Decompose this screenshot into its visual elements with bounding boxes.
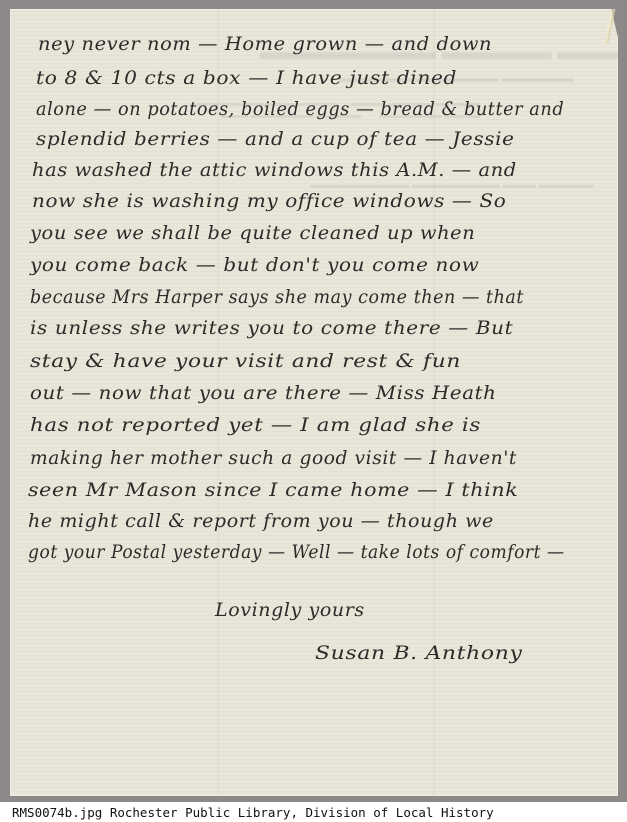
letter-line: has not reported yet — I am glad she is (30, 414, 481, 436)
letter-closing: Lovingly yours (215, 599, 365, 621)
scan-frame: ▬▬▬▬ ▬▬▬▬▬▬ ▬▬▬▬▬ ▬▬▬▬▬▬▬▬ ▬▬▬▬▬▬ ▬▬▬▬▬▬… (0, 0, 627, 802)
letter-line: got your Postal yesterday — Well — take … (28, 541, 565, 563)
letter-line: splendid berries — and a cup of tea — Je… (36, 128, 515, 150)
letter-line: making her mother such a good visit — I … (30, 447, 517, 469)
letter-line: you come back — but don't you come now (30, 254, 479, 276)
letter-line: ney never nom — Home grown — and down (38, 33, 492, 55)
letter-line: stay & have your visit and rest & fun (30, 350, 461, 372)
letter-signature: Susan B. Anthony (315, 642, 523, 664)
letter-line: out — now that you are there — Miss Heat… (30, 382, 497, 404)
letter-line: seen Mr Mason since I came home — I thin… (28, 479, 518, 501)
letter-line: to 8 & 10 cts a box — I have just dined (36, 67, 457, 89)
letter-line: because Mrs Harper says she may come the… (30, 286, 524, 308)
letter-line: you see we shall be quite cleaned up whe… (30, 222, 475, 244)
letter-line: has washed the attic windows this A.M. —… (32, 159, 517, 181)
letter-page: ▬▬▬▬ ▬▬▬▬▬▬ ▬▬▬▬▬ ▬▬▬▬▬▬▬▬ ▬▬▬▬▬▬ ▬▬▬▬▬▬… (10, 9, 618, 796)
letter-line: is unless she writes you to come there —… (30, 317, 513, 339)
image-caption: RMS0074b.jpg Rochester Public Library, D… (12, 805, 494, 820)
letter-line: he might call & report from you — though… (28, 510, 494, 532)
letter-line: now she is washing my office windows — S… (32, 190, 506, 212)
letter-line: alone — on potatoes, boiled eggs — bread… (36, 98, 564, 120)
